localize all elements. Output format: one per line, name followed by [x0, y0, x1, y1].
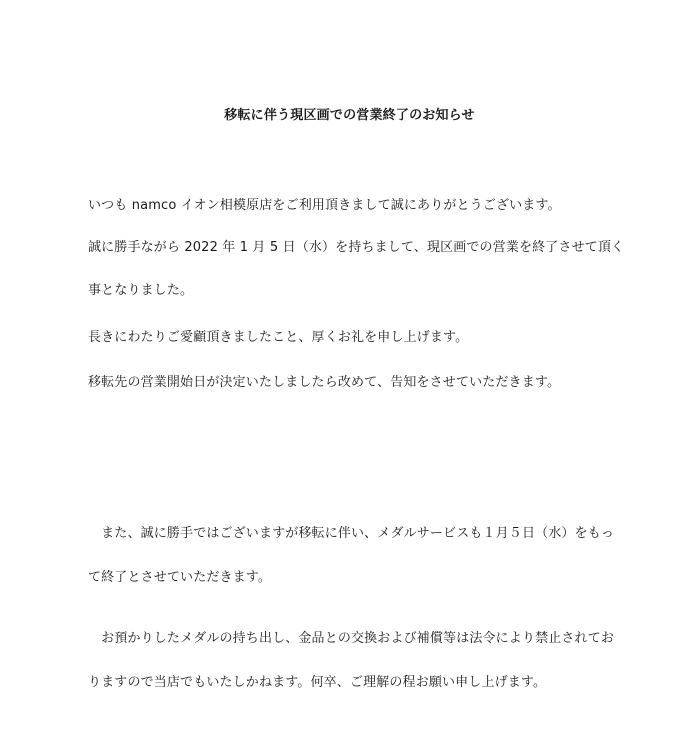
paragraph-line-relocation-notice: 移転先の営業開始日が決定いたしましたら改めて、告知をさせていただきます。: [88, 371, 560, 390]
paragraph-line-medal-service-cont: て終了とさせていただきます。: [88, 566, 271, 585]
document-page: 移転に伴う現区画での営業終了のお知らせ いつも namco イオン相模原店をご利…: [0, 0, 699, 753]
document-title: 移転に伴う現区画での営業終了のお知らせ: [0, 104, 699, 123]
paragraph-line-closing-date: 誠に勝手ながら 2022 年 1 月 5 日（水）を持ちまして、現区画での営業を…: [88, 236, 624, 255]
paragraph-line-medal-policy: お預かりしたメダルの持ち出し、金品との交換および補償等は法令により禁止されてお: [88, 627, 614, 646]
paragraph-line-closing-date-cont: 事となりました。: [88, 279, 193, 298]
paragraph-line-greeting: いつも namco イオン相模原店をご利用頂きまして誠にありがとうございます。: [88, 194, 561, 213]
paragraph-line-medal-service: また、誠に勝手ではございますが移転に伴い、メダルサービスも１月５日（水）をもっ: [88, 522, 614, 541]
paragraph-line-thanks: 長きにわたりご愛顧頂きましたこと、厚くお礼を申し上げます。: [88, 326, 468, 345]
paragraph-line-medal-policy-cont: りますので当店でもいたしかねます。何卒、ご理解の程お願い申し上げます。: [88, 671, 546, 690]
